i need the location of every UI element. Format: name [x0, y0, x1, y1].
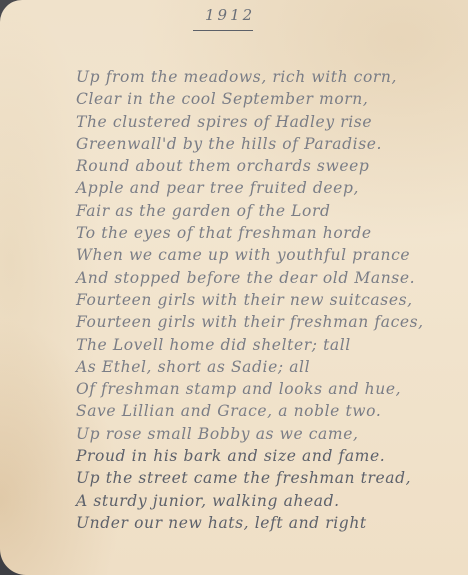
poem-line: The clustered spires of Hadley rise: [76, 111, 468, 133]
poem-line: Apple and pear tree fruited deep,: [76, 177, 468, 199]
poem-line: And stopped before the dear old Manse.: [76, 267, 468, 289]
poem-body: Up from the meadows, rich with corn, Cle…: [76, 66, 468, 534]
heading-underline: [193, 30, 253, 31]
poem-line: When we came up with youthful prance: [76, 244, 468, 266]
poem-line: Fair as the garden of the Lord: [76, 200, 468, 222]
poem-line: Fourteen girls with their new suitcases,: [76, 289, 468, 311]
poem-line: The Lovell home did shelter; tall: [76, 334, 468, 356]
poem-line: Of freshman stamp and looks and hue,: [76, 378, 468, 400]
poem-line: Up rose small Bobby as we came,: [76, 423, 468, 445]
poem-line: A sturdy junior, walking ahead.: [76, 490, 468, 512]
poem-line: Proud in his bark and size and fame.: [76, 445, 468, 467]
poem-line: Up from the meadows, rich with corn,: [76, 66, 468, 88]
poem-line: As Ethel, short as Sadie; all: [76, 356, 468, 378]
manuscript-page: 1912 Up from the meadows, rich with corn…: [0, 0, 468, 575]
page-year-heading: 1912: [205, 6, 255, 24]
poem-line: To the eyes of that freshman horde: [76, 222, 468, 244]
poem-line: Up the street came the freshman tread,: [76, 467, 468, 489]
poem-line: Fourteen girls with their freshman faces…: [76, 311, 468, 333]
poem-line: Clear in the cool September morn,: [76, 88, 468, 110]
poem-line: Greenwall'd by the hills of Paradise.: [76, 133, 468, 155]
poem-line: Round about them orchards sweep: [76, 155, 468, 177]
poem-line: Under our new hats, left and right: [76, 512, 468, 534]
poem-line: Save Lillian and Grace, a noble two.: [76, 400, 468, 422]
